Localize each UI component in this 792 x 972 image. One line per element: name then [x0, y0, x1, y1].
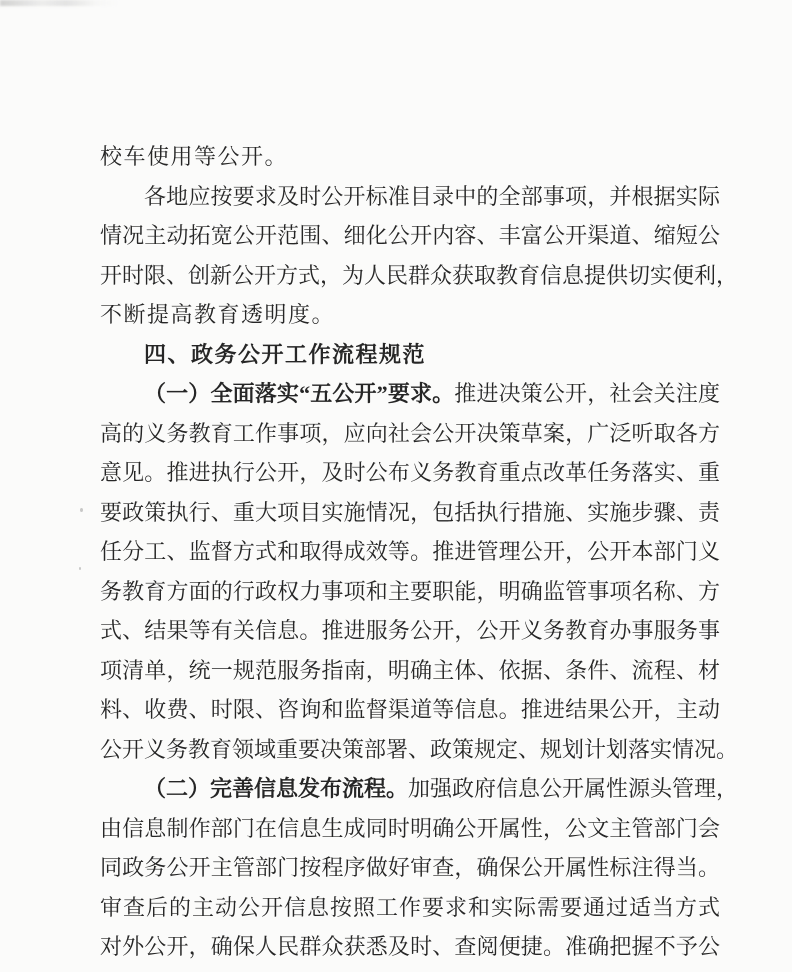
bold-text-segment: 四、政务公开工作流程规范 — [144, 342, 426, 367]
text-line: 意见。推进执行公开，及时公布义务教育重点改革任务落实、重 — [100, 453, 720, 493]
text-segment: 高的义务教育工作事项，应向社会公开决策草案，广泛听取各方 — [100, 421, 720, 446]
text-line: 公开义务教育领域重要决策部署、政策规定、规划计划落实情况。 — [100, 730, 720, 770]
text-line: 同政务公开主管部门按程序做好审查，确保公开属性标注得当。 — [100, 848, 720, 888]
text-line: 情况主动拓宽公开范围、细化公开内容、丰富公开渠道、缩短公 — [100, 216, 720, 256]
text-segment: 情况主动拓宽公开范围、细化公开内容、丰富公开渠道、缩短公 — [100, 223, 720, 248]
scan-speck — [79, 567, 81, 570]
document-text-block: 校车使用等公开。各地应按要求及时公开标准目录中的全部事项，并根据实际情况主动拓宽… — [100, 137, 720, 967]
bold-text-segment: （一）全面落实“五公开”要求。 — [144, 381, 454, 406]
scan-smudge — [0, 0, 120, 6]
text-segment: 推进决策公开，社会关注度 — [454, 381, 720, 406]
text-line: 要政策执行、重大项目实施情况，包括执行措施、实施步骤、责 — [100, 493, 720, 533]
text-line: 式、结果等有关信息。推进服务公开，公开义务教育办事服务事 — [100, 611, 720, 651]
section-heading: 四、政务公开工作流程规范 — [100, 335, 720, 375]
paragraph-lead-line: （二）完善信息发布流程。加强政府信息公开属性源头管理， — [100, 769, 720, 809]
text-segment: 开时限、创新公开方式，为人民群众获取教育信息提供切实便利， — [100, 263, 738, 288]
text-segment: 各地应按要求及时公开标准目录中的全部事项，并根据实际 — [144, 184, 720, 209]
text-segment: 式、结果等有关信息。推进服务公开，公开义务教育办事服务事 — [100, 618, 720, 643]
text-line: 不断提高教育透明度。 — [100, 295, 720, 335]
text-line: 料、收费、时限、咨询和监督渠道等信息。推进结果公开，主动 — [100, 690, 720, 730]
text-segment: 要政策执行、重大项目实施情况，包括执行措施、实施步骤、责 — [100, 500, 720, 525]
text-segment: 任分工、监督方式和取得成效等。推进管理公开，公开本部门义 — [100, 539, 720, 564]
text-segment: 项清单，统一规范服务指南，明确主体、依据、条件、流程、材 — [100, 658, 720, 683]
text-line: 务教育方面的行政权力事项和主要职能，明确监管事项名称、方 — [100, 572, 720, 612]
text-segment: 不断提高教育透明度。 — [100, 302, 335, 327]
text-line: 对外公开，确保人民群众获悉及时、查阅便捷。准确把握不予公 — [100, 927, 720, 967]
text-line: 审查后的主动公开信息按照工作要求和实际需要通过适当方式 — [100, 888, 720, 928]
text-segment: 意见。推进执行公开，及时公布义务教育重点改革任务落实、重 — [100, 460, 720, 485]
text-segment: 加强政府信息公开属性源头管理， — [408, 776, 738, 801]
bold-text-segment: （二）完善信息发布流程。 — [144, 776, 408, 801]
text-line: 高的义务教育工作事项，应向社会公开决策草案，广泛听取各方 — [100, 414, 720, 454]
text-line: 各地应按要求及时公开标准目录中的全部事项，并根据实际 — [100, 177, 720, 217]
text-segment: 务教育方面的行政权力事项和主要职能，明确监管事项名称、方 — [100, 579, 720, 604]
text-segment: 料、收费、时限、咨询和监督渠道等信息。推进结果公开，主动 — [100, 697, 720, 722]
text-segment: 同政务公开主管部门按程序做好审查，确保公开属性标注得当。 — [100, 855, 720, 880]
text-segment: 对外公开，确保人民群众获悉及时、查阅便捷。准确把握不予公 — [100, 934, 720, 959]
text-line: 任分工、监督方式和取得成效等。推进管理公开，公开本部门义 — [100, 532, 720, 572]
text-line: 校车使用等公开。 — [100, 137, 720, 177]
text-segment: 审查后的主动公开信息按照工作要求和实际需要通过适当方式 — [100, 895, 720, 920]
paragraph-lead-line: （一）全面落实“五公开”要求。推进决策公开，社会关注度 — [100, 374, 720, 414]
document-page: 校车使用等公开。各地应按要求及时公开标准目录中的全部事项，并根据实际情况主动拓宽… — [0, 0, 792, 972]
text-line: 项清单，统一规范服务指南，明确主体、依据、条件、流程、材 — [100, 651, 720, 691]
text-line: 开时限、创新公开方式，为人民群众获取教育信息提供切实便利， — [100, 256, 720, 296]
text-segment: 由信息制作部门在信息生成同时明确公开属性，公文主管部门会 — [100, 816, 720, 841]
text-segment: 校车使用等公开。 — [100, 144, 288, 169]
text-line: 由信息制作部门在信息生成同时明确公开属性，公文主管部门会 — [100, 809, 720, 849]
scan-speck — [80, 508, 83, 512]
text-segment: 公开义务教育领域重要决策部署、政策规定、规划计划落实情况。 — [100, 737, 738, 762]
